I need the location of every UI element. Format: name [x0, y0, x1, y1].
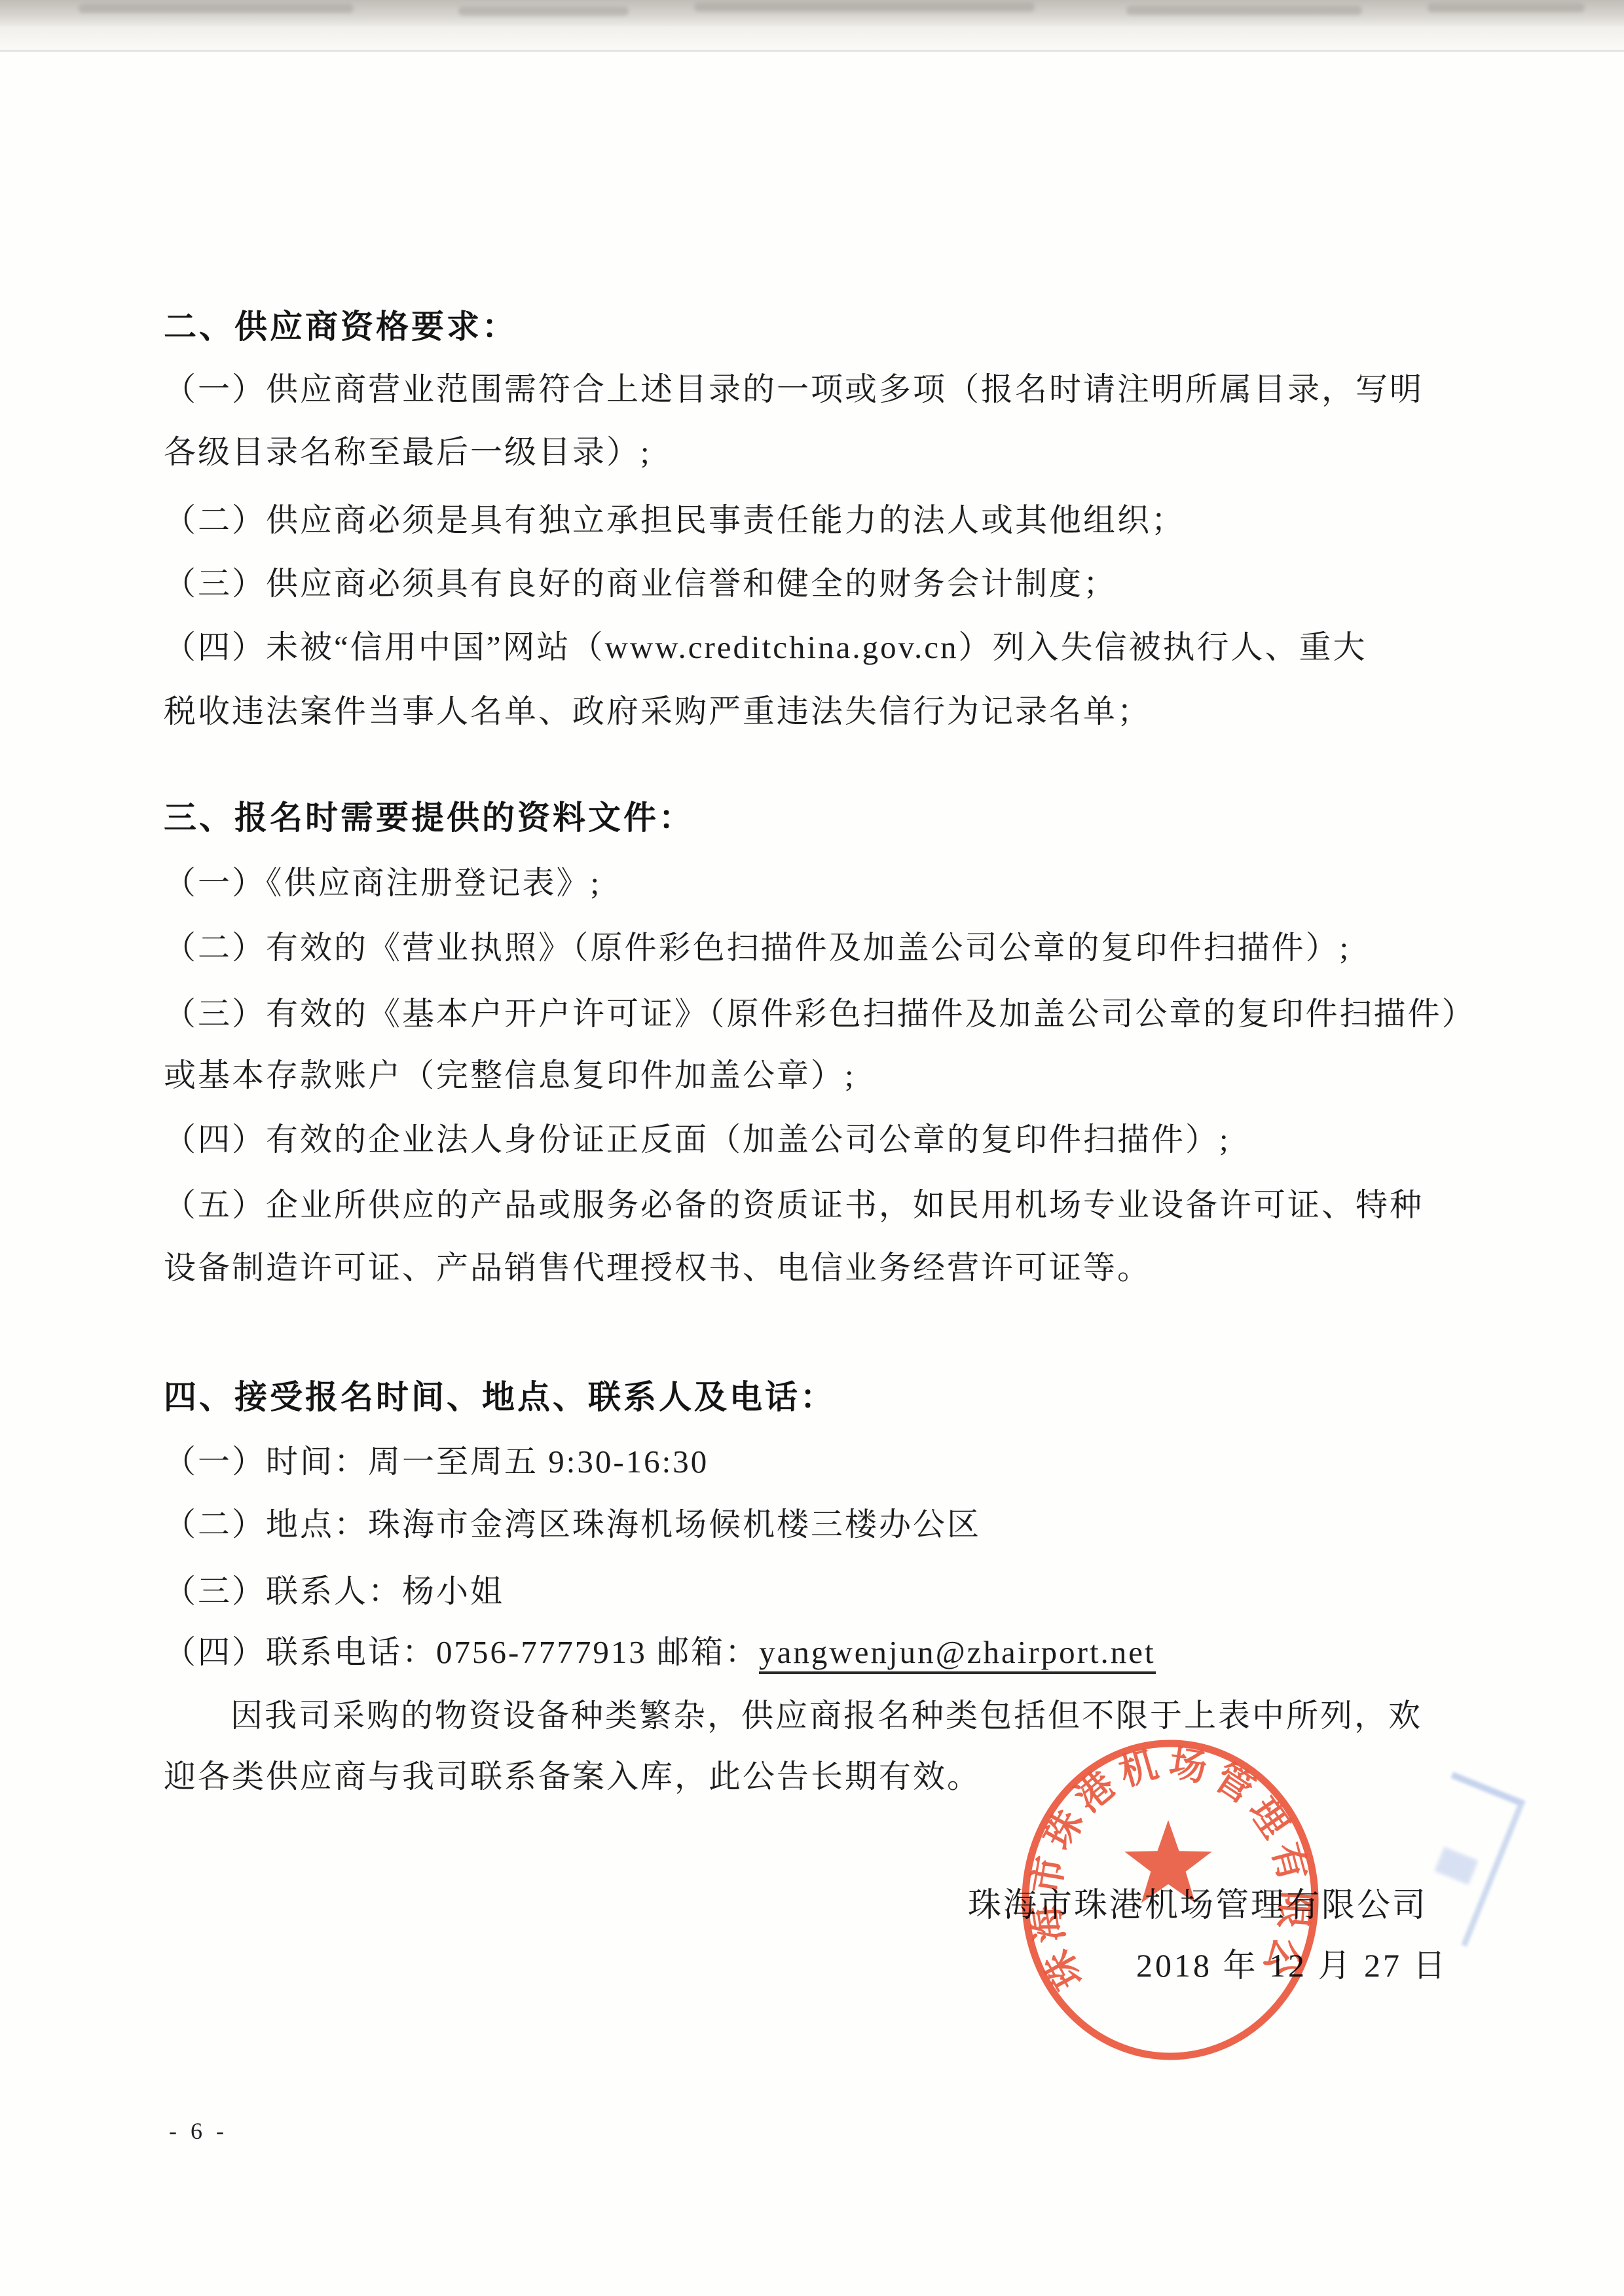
documents-line-6: （五）企业所供应的产品或服务必备的资质证书，如民用机场专业设备许可证、特种 — [164, 1186, 1424, 1224]
registration-location-line: （二）地点：珠海市金湾区珠海机场候机楼三楼办公区 — [164, 1506, 981, 1544]
seal-ring — [1025, 1743, 1315, 2056]
star-icon — [1124, 1820, 1211, 1903]
registration-contact-line: （三）联系人：杨小姐 — [164, 1573, 504, 1611]
scan-smudge — [1126, 6, 1362, 15]
scan-smudge — [79, 4, 354, 13]
documents-line-5: （四）有效的企业法人身份证正反面（加盖公司公章的复印件扫描件）; — [164, 1121, 1230, 1159]
qualifications-line-3: （二）供应商必须是具有独立承担民事责任能力的法人或其他组织； — [164, 501, 1185, 539]
qualifications-line-6: 税收违法案件当事人名单、政府采购严重违法失信行为记录名单； — [164, 693, 1151, 731]
qualifications-line-4: （三）供应商必须具有良好的商业信誉和健全的财务会计制度； — [164, 565, 1117, 603]
qualifications-line-2: 各级目录名称至最后一级目录）; — [164, 433, 652, 471]
documents-line-7: 设备制造许可证、产品销售代理授权书、电信业务经营许可证等。 — [164, 1249, 1151, 1287]
documents-line-4: 或基本存款账户（完整信息复印件加盖公章）; — [164, 1057, 856, 1095]
registration-phone-line: （四）联系电话：0756-7777913 邮箱：yangwenjun@zhair… — [164, 1633, 1156, 1671]
scan-smudge — [694, 3, 1035, 12]
section-documents-heading: 三、报名时需要提供的资料文件： — [164, 799, 694, 837]
contact-phone-text: （四）联系电话：0756-7777913 邮箱： — [164, 1634, 759, 1670]
registration-time-line: （一）时间：周一至周五 9:30-16:30 — [164, 1443, 709, 1481]
document-page: 二、供应商资格要求： （一）供应商营业范围需符合上述目录的一项或多项（报名时请注… — [0, 0, 1624, 2296]
documents-line-2: （二）有效的《营业执照》（原件彩色扫描件及加盖公司公章的复印件扫描件）; — [164, 929, 1350, 967]
documents-line-1: （一）《供应商注册登记表》; — [164, 864, 601, 902]
page-number: - 6 - — [169, 2117, 228, 2145]
qualifications-line-5: （四）未被“信用中国”网站（www.creditchina.gov.cn）列入失… — [164, 629, 1367, 666]
scan-smudge — [458, 7, 629, 16]
scan-artifact-strip — [0, 26, 1624, 50]
scan-artifact-top-band — [0, 0, 1624, 26]
documents-line-3: （三）有效的《基本户开户许可证》（原件彩色扫描件及加盖公司公章的复印件扫描件） — [164, 995, 1476, 1033]
section-registration-heading: 四、接受报名时间、地点、联系人及电话： — [164, 1378, 836, 1417]
contact-email-link[interactable]: yangwenjun@zhairport.net — [759, 1634, 1156, 1674]
closing-line-2: 迎各类供应商与我司联系备案入库，此公告长期有效。 — [164, 1758, 981, 1796]
scan-artifact-line — [0, 50, 1624, 52]
scan-smudge — [1428, 3, 1585, 12]
section-qualifications-heading: 二、供应商资格要求： — [164, 308, 517, 346]
company-seal: 珠海市珠港机场管理有限公司 — [1016, 1736, 1324, 2064]
qualifications-line-1: （一）供应商营业范围需符合上述目录的一项或多项（报名时请注明所属目录，写明 — [164, 371, 1424, 409]
closing-line-1: 因我司采购的物资设备种类繁杂，供应商报名种类包括但不限于上表中所列，欢 — [231, 1697, 1422, 1735]
